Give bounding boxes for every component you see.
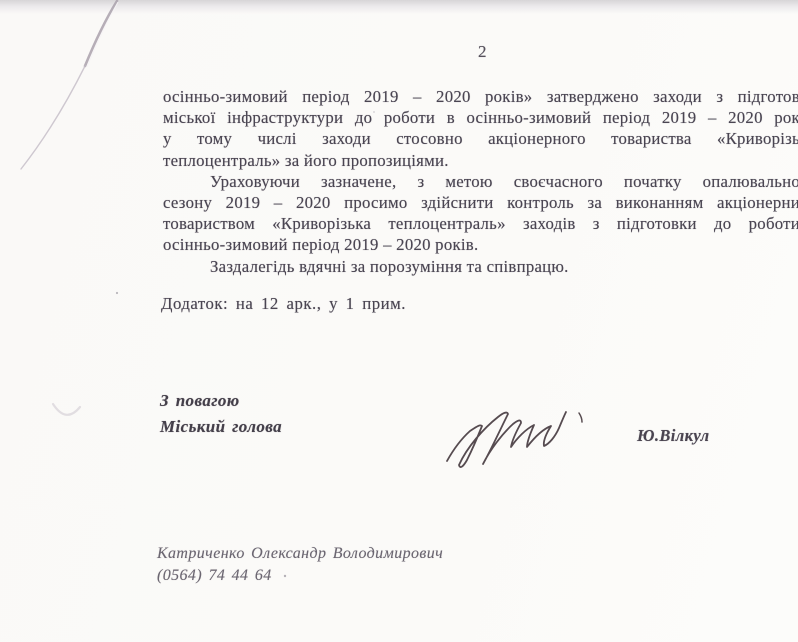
body-text-line: осінньо-зимовий період 2019 – 2020 років… [163,234,798,255]
contact-name: Катриченко Олександр Володимирович [157,543,443,565]
salutation: З повагою [160,391,240,411]
ink-speck [116,292,118,294]
crease-mark-lower [21,66,85,169]
contact-block: Катриченко Олександр Володимирович (0564… [157,543,443,586]
body-text-line: утомучислізаходистосовноакціонерноготова… [163,128,798,149]
scanned-letter-page: 2 осінньо-зимовийперіод2019–2020років»за… [0,0,798,642]
contact-phone: (0564) 74 44 64 [157,565,443,587]
body-text-line: Ураховуючизазначене,зметоюсвоєчасногопоч… [210,171,798,192]
body-text-line: Заздалегідь вдячні за порозуміння та спі… [210,256,798,277]
page-number: 2 [478,42,487,62]
body-text-line: теплоцентраль» за його пропозиціями. [163,150,798,171]
fold-arc-mark [53,404,80,415]
body-text-line: сезону2019–2020просимоздійснитиконтрольз… [163,192,798,213]
body-text-line: міськоїінфраструктуридороботивосінньо-зи… [163,107,798,128]
body-text-line: осінньо-зимовийперіод2019–2020років»затв… [163,86,798,107]
body-text-line: товариством«Криворізькатеплоцентраль»зах… [163,213,798,234]
scanner-edge-shadow [0,0,798,14]
signature-icon [440,403,605,471]
body-text: осінньо-зимовийперіод2019–2020років»затв… [163,86,798,277]
signer-name: Ю.Вілкул [637,426,710,446]
attachment-note: Додаток: на 12 арк., у 1 прим. [161,294,406,314]
signer-title: Міський голова [160,417,282,437]
